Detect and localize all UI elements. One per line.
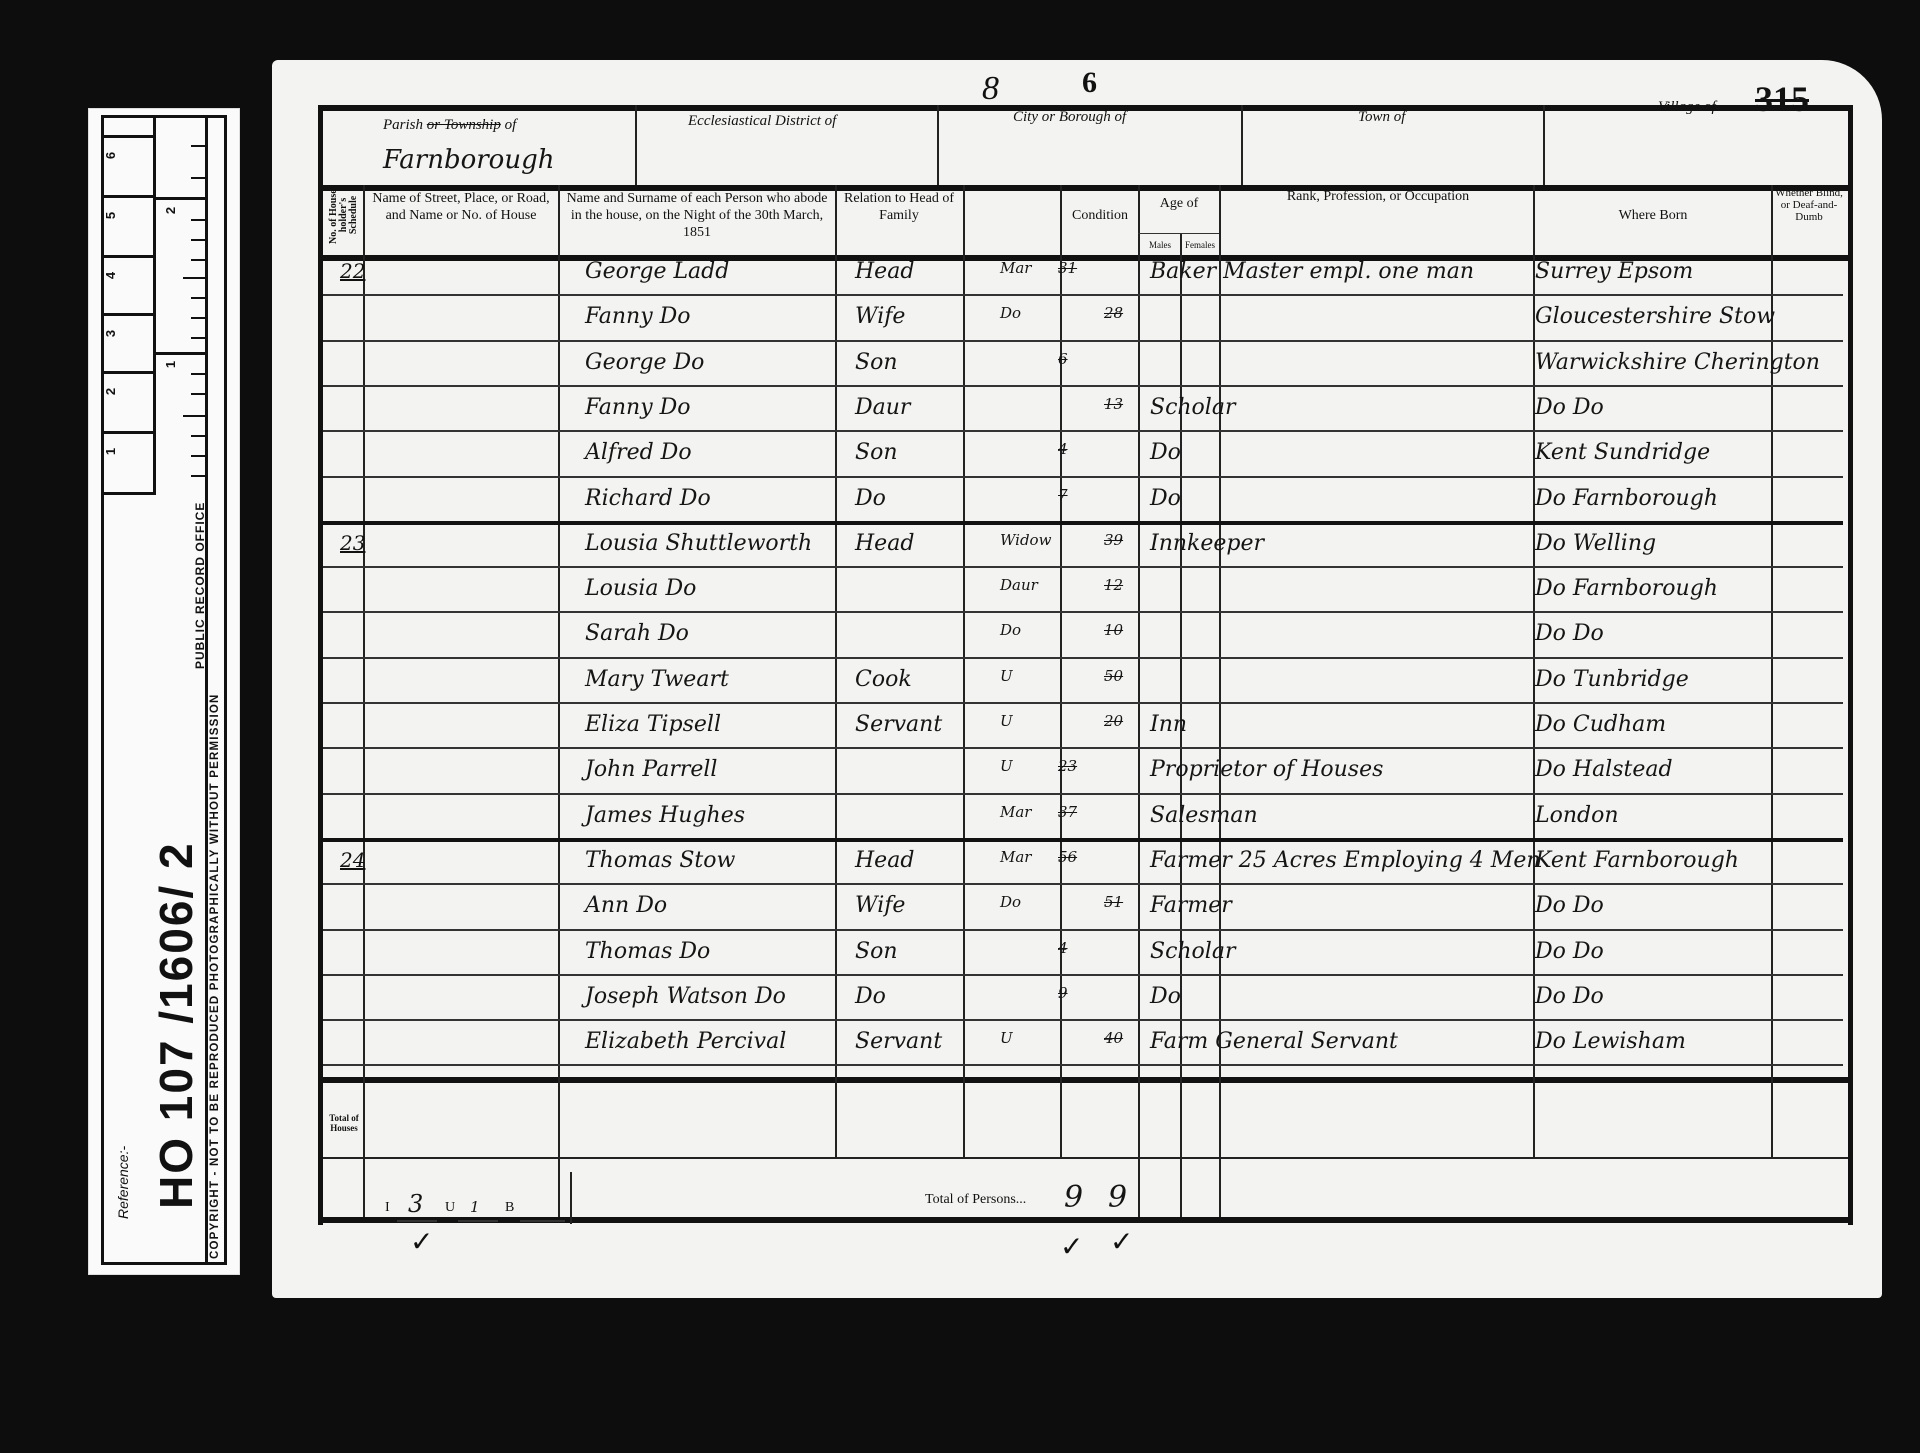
ruler-scale-inch: 2 1 [153,115,208,495]
reference-label: Reference:- [115,1146,131,1219]
cell-name: Thomas Stow [585,848,735,873]
cell-male: 4 [1058,939,1068,957]
cell-occupation: Inn [1150,712,1187,737]
row-rule [323,883,1843,885]
cell-name: Lousia Do [585,576,696,601]
cell-condition: U [1000,712,1013,730]
cell-occupation: Innkeeper [1150,531,1264,556]
cell-relation: Son [855,939,898,964]
sheet-number: 6 [1082,66,1097,100]
parish-label: Parish or Township of [383,117,516,134]
cell-relation: Son [855,350,898,375]
cell-male: 37 [1058,803,1077,821]
col-header-street: Name of Street, Place, or Road, and Name… [367,190,555,224]
row-rule [323,294,1843,296]
uninhabited-label: U [445,1200,455,1216]
cell-born: Do Do [1535,984,1604,1009]
cell-relation: Head [855,259,914,284]
cell-name: Sarah Do [585,621,689,646]
ruler-scale-cm: 6 5 4 3 2 1 [101,115,156,495]
cell-name: James Hughes [585,803,745,828]
cell-female: 10 [1104,621,1123,639]
cell-name: Lousia Shuttleworth [585,531,812,556]
col-header-schedule: No. of House-holder's Schedule [329,185,359,245]
ruler-label: 2 [103,388,118,395]
col-header-males: Males [1140,239,1180,251]
check-mark-icon: ✓ [1110,1225,1133,1258]
cell-condition: Mar [1000,259,1031,277]
cell-occupation: Do [1150,486,1181,511]
col-header-name: Name and Surname of each Person who abod… [561,190,833,241]
ruler-label: 3 [103,330,118,337]
cell-born: London [1535,803,1619,828]
row-rule [323,430,1843,432]
cell-born: Do Do [1535,893,1604,918]
row-rule [323,657,1843,659]
cell-name: Eliza Tipsell [585,712,721,737]
cell-relation: Head [855,531,914,556]
row-rule [323,793,1843,795]
total-persons-label: Total of Persons... [925,1192,1026,1208]
parish-value: Farnborough [383,145,554,175]
row-rule [323,702,1843,704]
row-rule [323,340,1843,342]
row-rule [323,747,1843,749]
cell-born: Do Farnborough [1535,576,1718,601]
cell-name: Ann Do [585,893,667,918]
ecclesiastical-district-label: Ecclesiastical District of [688,113,836,130]
inhabited-value: 3 [408,1190,423,1218]
cell-male: 31 [1058,259,1077,277]
village-label: Village of [1658,99,1716,116]
cell-female: 13 [1104,395,1123,413]
measurement-ruler: 6 5 4 3 2 1 2 1 [101,115,227,495]
cell-male: 4 [1058,440,1068,458]
row-rule [323,476,1843,478]
cell-born: Do Welling [1535,531,1656,556]
row-rule [323,521,1843,525]
col-header-blind-deaf: Whether Blind, or Deaf-and-Dumb [1773,187,1845,223]
cell-condition: U [1000,757,1013,775]
row-rule [323,385,1843,387]
copyright-notice: COPYRIGHT - NOT TO BE REPRODUCED PHOTOGR… [209,694,221,1260]
cell-relation: Servant [855,1029,942,1054]
reference-slip: 6 5 4 3 2 1 2 1 [88,108,240,1275]
cell-female: 28 [1104,304,1123,322]
cell-occupation: Scholar [1150,939,1235,964]
cell-born: Do Do [1535,395,1604,420]
cell-relation: Cook [855,667,912,692]
cell-condition: Do [1000,304,1021,322]
cell-relation: Son [855,440,898,465]
cell-occupation: Baker Master empl. one man [1150,259,1474,284]
cell-born: Do Do [1535,939,1604,964]
cell-occupation: Farmer 25 Acres Employing 4 Men [1150,848,1541,873]
town-label: Town of [1358,109,1405,126]
cell-born: Do Lewisham [1535,1029,1686,1054]
total-houses-label: Total of Houses [326,1113,362,1133]
cell-relation: Daur [855,395,910,420]
cell-relation: Servant [855,712,942,737]
cell-relation: Do [855,984,886,1009]
row-rule [323,838,1843,842]
col-header-occupation: Rank, Profession, or Occupation [1283,188,1473,205]
cell-occupation: Do [1150,440,1181,465]
row-rule [323,566,1843,568]
cell-born: Kent Farnborough [1535,848,1739,873]
cell-born: Do Farnborough [1535,486,1718,511]
slip-divider [205,115,208,1265]
cell-born: Gloucestershire Stow [1535,304,1775,329]
cell-name: John Parrell [585,757,717,782]
cell-male: 23 [1058,757,1077,775]
cell-occupation: Scholar [1150,395,1235,420]
cell-name: Mary Tweart [585,667,729,692]
handwritten-page-number: 8 [982,70,999,108]
col-header-age: Age of [1140,195,1218,212]
uninhabited-value: 1 [470,1198,480,1216]
cell-schedule: 24 [340,848,365,872]
cell-born: Do Tunbridge [1535,667,1689,692]
ruler-label: 4 [103,272,118,279]
cell-male: 9 [1058,984,1068,1002]
cell-female: 12 [1104,576,1123,594]
col-header-where-born: Where Born [1535,207,1771,224]
cell-relation: Wife [855,304,905,329]
row-rule [323,1019,1843,1021]
total-females: 9 [1108,1180,1127,1215]
row-rule [323,929,1843,931]
cell-schedule: 22 [340,259,365,283]
cell-relation: Head [855,848,914,873]
check-mark-icon: ✓ [1060,1230,1083,1263]
ruler-label: 1 [103,448,118,455]
cell-male: 6 [1058,350,1068,368]
cell-male: 7 [1058,486,1068,504]
cell-occupation: Farmer [1150,893,1232,918]
reference-code: HO 107 /1606/ 2 [149,841,203,1209]
cell-condition: Do [1000,621,1021,639]
cell-condition: Widow [1000,531,1051,549]
cell-name: Fanny Do [585,304,691,329]
cell-occupation: Do [1150,984,1181,1009]
cell-born: Do Do [1535,621,1604,646]
cell-female: 39 [1104,531,1123,549]
cell-name: Thomas Do [585,939,710,964]
cell-born: Do Halstead [1535,757,1673,782]
building-label: B [505,1200,514,1216]
public-record-office-label: PUBLIC RECORD OFFICE [193,502,207,669]
city-borough-label: City or Borough of [1013,109,1126,126]
cell-occupation: Salesman [1150,803,1258,828]
row-rule [323,611,1843,613]
cell-born: Surrey Epsom [1535,259,1693,284]
cell-name: Alfred Do [585,440,692,465]
cell-female: 51 [1104,893,1123,911]
cell-condition: Mar [1000,848,1031,866]
col-header-condition: Condition [1063,207,1137,224]
cell-name: Richard Do [585,486,711,511]
cell-name: Joseph Watson Do [585,984,786,1009]
cell-condition: U [1000,1029,1013,1047]
ruler-label: 2 [163,207,178,214]
cell-name: Elizabeth Percival [585,1029,786,1054]
cell-name: Fanny Do [585,395,691,420]
cell-condition: Daur [1000,576,1038,594]
cell-female: 40 [1104,1029,1123,1047]
cell-condition: U [1000,667,1013,685]
cell-female: 20 [1104,712,1123,730]
inhabited-label: I [385,1200,390,1216]
cell-name: George Do [585,350,704,375]
cell-born: Warwickshire Cherington [1535,350,1820,375]
ruler-label: 5 [103,212,118,219]
cell-male: 56 [1058,848,1077,866]
cell-occupation: Farm General Servant [1150,1029,1398,1054]
total-males: 9 [1064,1180,1083,1215]
row-rule [323,1064,1843,1066]
cell-condition: Do [1000,893,1021,911]
cell-schedule: 23 [340,531,365,555]
ruler-label: 1 [163,361,178,368]
cell-occupation: Proprietor of Houses [1150,757,1383,782]
cell-relation: Wife [855,893,905,918]
cell-name: George Ladd [585,259,729,284]
check-mark-icon: ✓ [410,1225,433,1258]
col-header-females: Females [1181,239,1219,251]
cell-relation: Do [855,486,886,511]
ruler-label: 6 [103,152,118,159]
col-header-relation: Relation to Head of Family [837,190,961,224]
cell-female: 50 [1104,667,1123,685]
cell-born: Kent Sundridge [1535,440,1710,465]
cell-condition: Mar [1000,803,1031,821]
cell-born: Do Cudham [1535,712,1666,737]
row-rule [323,974,1843,976]
